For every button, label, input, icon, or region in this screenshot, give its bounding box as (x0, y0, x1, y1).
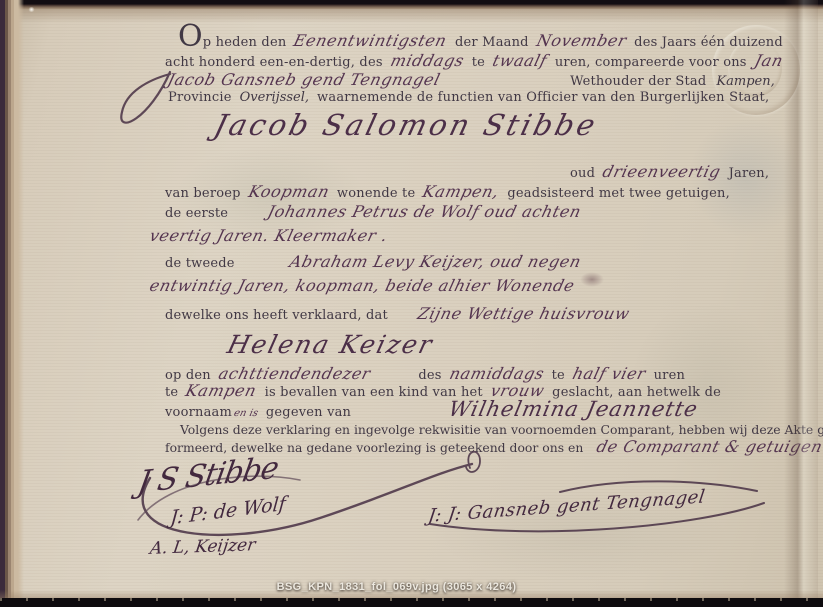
closing-line-1: Volgens deze verklaring en ingevolge rek… (180, 422, 823, 437)
declaration-line: dewelke ons heeft verklaard, dat Zijne W… (165, 304, 629, 323)
glare-speck (28, 7, 35, 12)
ink-blot (580, 272, 604, 287)
witness2-line: de tweede Abraham Levy Keijzer, oud nege… (165, 252, 581, 271)
printed-text: waarnemende de functien van Officier van… (317, 90, 769, 105)
act-opening-line-2: acht honderd een-en-dertig, des middags … (165, 51, 783, 70)
handwritten-age: drieenveertig (601, 162, 723, 181)
handwritten-hour: twaalf (491, 51, 550, 70)
page-fold-right (784, 0, 818, 598)
printed-text: de tweede (165, 256, 235, 271)
printed-text: geadsisteerd met twee getuigen, (507, 186, 730, 201)
printed-text: voornaam (165, 405, 232, 420)
filename-caption: BSG_KPN_1831_fol_069v.jpg (3065 x 4264) (0, 581, 793, 593)
printed-text: uren, compareerde voor ons (555, 55, 747, 70)
printed-text: gegeven van (266, 405, 351, 420)
printed-text: wonende te (337, 186, 415, 201)
handwritten-comparant-name: Jacob Salomon Stibbe (211, 108, 602, 142)
book-binding-edge-left (0, 0, 24, 607)
signature-witness2: A. L, Keijzer (149, 535, 257, 559)
printed-text-italic: Overijssel, (240, 90, 309, 105)
handwritten-official-name: Jan (752, 51, 785, 70)
act-opening-line-3: Jacob Gansneb gend Tengnagel Wethouder d… (168, 70, 775, 89)
handwritten-day: Eenentwintigsten (292, 31, 449, 50)
witness1-line: de eerste Johannes Petrus de Wolf oud ac… (165, 202, 581, 221)
measuring-ruler-strip (0, 598, 823, 607)
handwritten-witness1-cont: veertig Jaren. Kleermaker . (148, 226, 390, 245)
profession-line: van beroep Koopman wonende te Kampen, ge… (165, 182, 730, 201)
printed-text: Wethouder der Stad (570, 74, 706, 89)
comparant-name-line: Jacob Salomon Stibbe (215, 108, 597, 142)
printed-text: acht honderd een-en-dertig, des (165, 55, 383, 70)
page-edge-shadow-top (0, 9, 823, 23)
child-name-line: voornaam en is gegeven van Wilhelmina Je… (165, 397, 698, 421)
printed-text: Op heden den (178, 30, 286, 50)
handwritten-witness2-cont: entwintig Jaren, koopman, beide alhier W… (148, 276, 577, 295)
age-line: oud drieenveertig Jaren, (570, 162, 769, 181)
handwritten-declaration: Zijne Wettige huisvrouw (416, 304, 632, 323)
scan-border-top (0, 0, 823, 9)
handwritten-official-name: Jacob Gansneb gend Tengnagel (166, 70, 443, 89)
handwritten-mother-name: Helena Keizer (224, 330, 436, 359)
printed-text: Jaren, (729, 166, 770, 181)
handwritten-witness1: Johannes Petrus de Wolf oud achten (266, 202, 584, 221)
printed-text: der Maand (455, 35, 529, 50)
handwritten-daypart: middags (388, 51, 466, 70)
printed-text: oud (570, 166, 595, 181)
witness2-continued: entwintig Jaren, koopman, beide alhier W… (150, 276, 574, 295)
handwritten-child-name: Wilhelmina Jeannette (447, 397, 701, 421)
scanned-register-page: { "caption": { "filename": "BSG_KPN_1831… (0, 0, 823, 607)
printed-text: Provincie (168, 90, 232, 105)
handwritten-witness2: Abraham Levy Keijzer, oud negen (287, 252, 583, 271)
printed-text: de eerste (165, 206, 228, 221)
handwritten-month: November (534, 31, 628, 50)
act-opening-line-4: Provincie Overijssel, waarnemende de fun… (168, 90, 769, 105)
handwritten-residence: Kampen, (421, 182, 502, 201)
printed-text: des Jaars één duizend (634, 35, 783, 50)
witness1-continued: veertig Jaren. Kleermaker . (150, 226, 388, 245)
mother-name-line: Helena Keizer (228, 330, 433, 359)
printed-text: Volgens deze verklaring en ingevolge rek… (180, 422, 823, 437)
handwritten-superscript: en is (233, 408, 260, 419)
printed-text-italic: Kampen, (716, 74, 774, 89)
printed-text: van beroep (165, 186, 241, 201)
printed-text: formeerd, dewelke na gedane voorlezing i… (165, 440, 583, 455)
printed-text: dewelke ons heeft verklaard, dat (165, 308, 388, 323)
handwritten-profession: Koopman (246, 182, 331, 201)
printed-text: te (472, 55, 485, 70)
act-opening-line-1: Op heden den Eenentwintigsten der Maand … (178, 30, 783, 50)
